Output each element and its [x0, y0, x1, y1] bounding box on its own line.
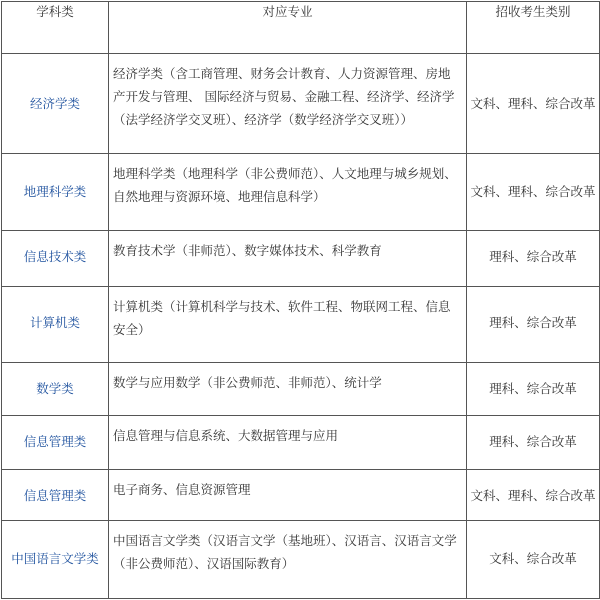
majors-cell: 教育技术学（非师范）、数字媒体技术、科学教育	[109, 231, 467, 287]
majors-cell: 信息管理与信息系统、大数据管理与应用	[109, 416, 467, 470]
table-row: 信息技术类 教育技术学（非师范）、数字媒体技术、科学教育 理科、综合改革	[2, 231, 600, 287]
student-types-cell: 理科、综合改革	[467, 247, 599, 265]
majors-cell: 中国语言文学类（汉语言文学（基地班）、汉语言、汉语言文学（非公费师范）、汉语国际…	[109, 521, 467, 599]
student-types-cell: 文科、理科、综合改革	[467, 94, 599, 112]
table-row: 信息管理类 信息管理与信息系统、大数据管理与应用 理科、综合改革	[2, 416, 600, 470]
table-row: 经济学类 经济学类（含工商管理、财务会计教育、人力资源管理、房地产开发与管理、 …	[2, 54, 600, 154]
table-row: 中国语言文学类 中国语言文学类（汉语言文学（基地班）、汉语言、汉语言文学（非公费…	[2, 521, 600, 599]
table-row: 地理科学类 地理科学类（地理科学（非公费师范）、人文地理与城乡规划、自然地理与资…	[2, 154, 600, 231]
student-types-cell: 理科、综合改革	[467, 313, 599, 331]
majors-cell: 地理科学类（地理科学（非公费师范）、人文地理与城乡规划、自然地理与资源环境、地理…	[109, 154, 467, 231]
category-link[interactable]: 数学类	[2, 379, 108, 397]
table-row: 信息管理类 电子商务、信息资源管理 文科、理科、综合改革	[2, 470, 600, 521]
student-types-cell: 文科、理科、综合改革	[467, 486, 599, 504]
category-link[interactable]: 经济学类	[2, 94, 108, 112]
category-link[interactable]: 中国语言文学类	[2, 549, 108, 567]
majors-cell: 经济学类（含工商管理、财务会计教育、人力资源管理、房地产开发与管理、 国际经济与…	[109, 54, 467, 154]
table-row: 计算机类 计算机类（计算机科学与技术、软件工程、物联网工程、信息安全） 理科、综…	[2, 287, 600, 363]
student-types-cell: 文科、综合改革	[467, 549, 599, 567]
student-types-cell: 文科、理科、综合改革	[467, 182, 599, 200]
majors-cell: 电子商务、信息资源管理	[109, 470, 467, 521]
table-row: 数学类 数学与应用数学（非公费师范、非师范）、统计学 理科、综合改革	[2, 363, 600, 416]
table-header-row: 学科类 对应专业 招收考生类别	[2, 2, 600, 54]
majors-table: 学科类 对应专业 招收考生类别 经济学类 经济学类（含工商管理、财务会计教育、人…	[1, 1, 600, 599]
category-link[interactable]: 信息管理类	[2, 432, 108, 450]
header-corresponding-majors: 对应专业	[109, 2, 467, 54]
category-link[interactable]: 计算机类	[2, 313, 108, 331]
student-types-cell: 理科、综合改革	[467, 379, 599, 397]
student-types-cell: 理科、综合改革	[467, 432, 599, 450]
header-discipline-category: 学科类	[2, 2, 109, 54]
majors-cell: 数学与应用数学（非公费师范、非师范）、统计学	[109, 363, 467, 416]
category-link[interactable]: 地理科学类	[2, 182, 108, 200]
category-link[interactable]: 信息技术类	[2, 247, 108, 265]
majors-cell: 计算机类（计算机科学与技术、软件工程、物联网工程、信息安全）	[109, 287, 467, 363]
category-link[interactable]: 信息管理类	[2, 486, 108, 504]
header-student-types: 招收考生类别	[467, 2, 600, 54]
